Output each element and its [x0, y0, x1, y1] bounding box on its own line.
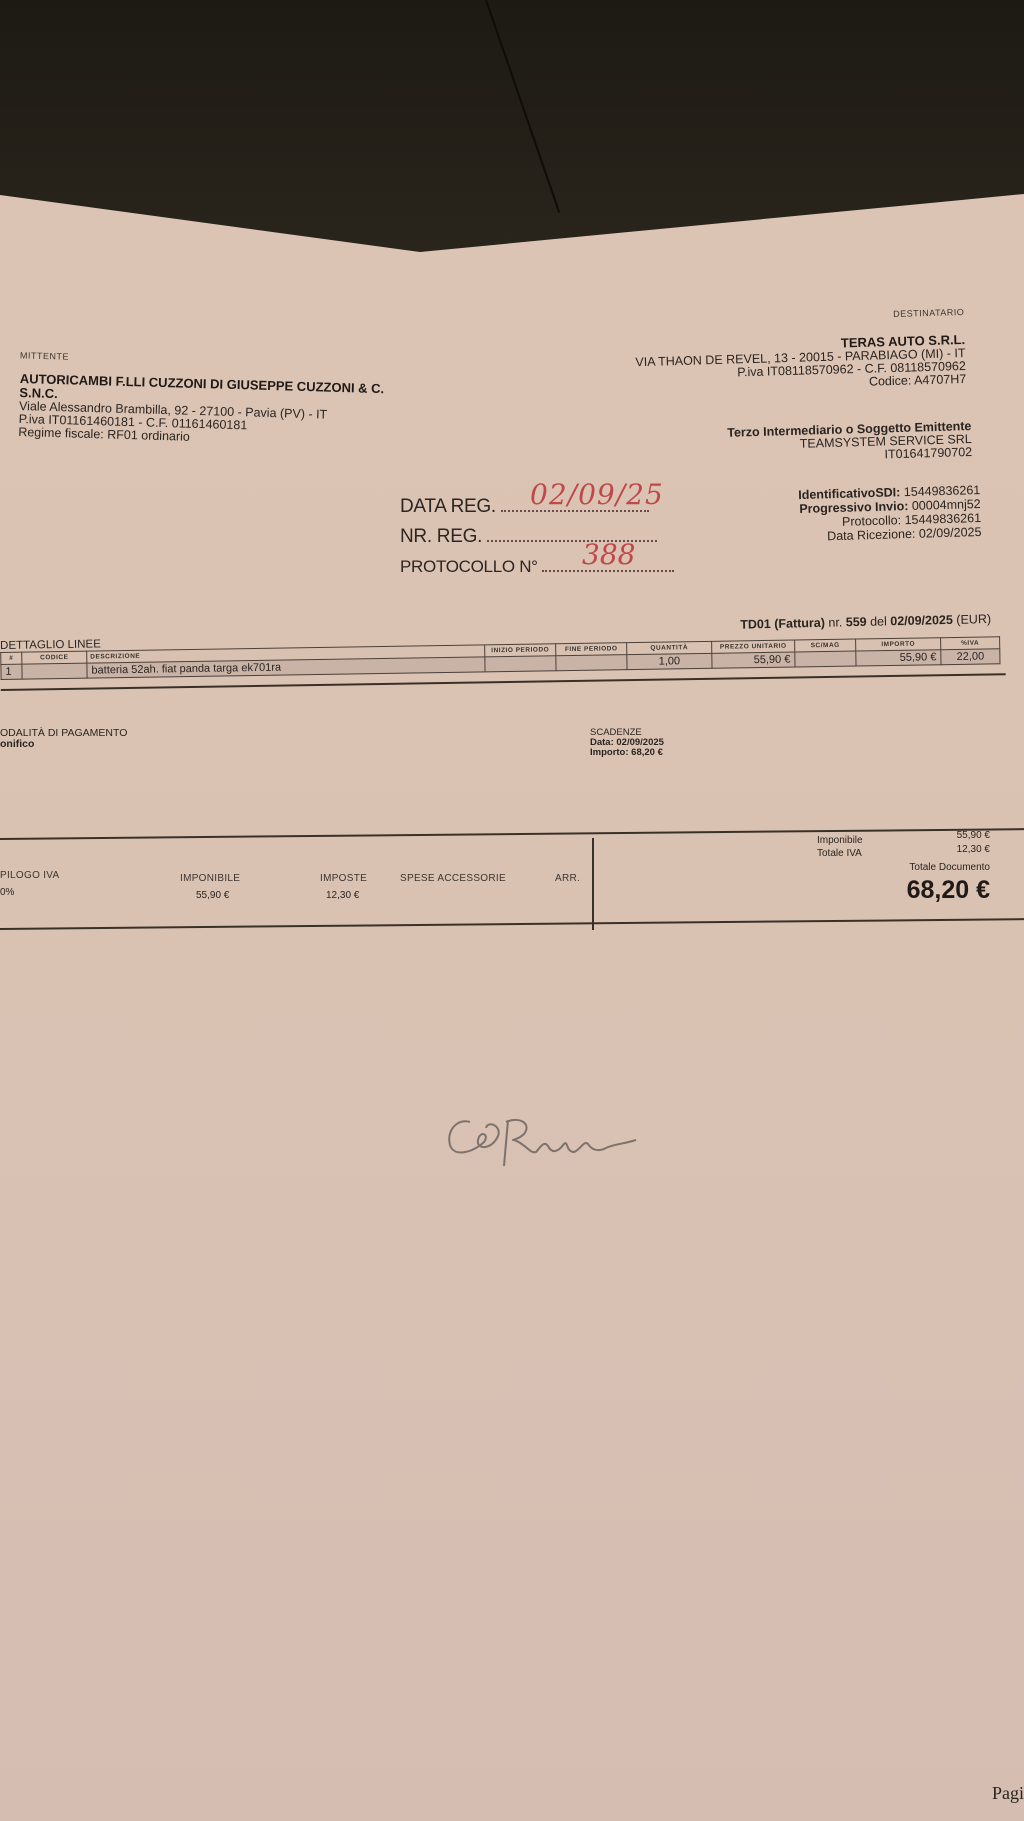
- registration-stamp: DATA REG. NR. REG. PROTOCOLLO N° 02/09/2…: [400, 492, 674, 582]
- cell-iva: 22,00: [941, 649, 1000, 665]
- cell-codice: [22, 663, 87, 679]
- handwritten-protocol-number: 388: [582, 538, 635, 571]
- riepilogo-divider: [592, 838, 594, 930]
- col-header: SC/MAG: [795, 639, 856, 652]
- totali-imponibile-value: 55,90 €: [957, 830, 990, 841]
- totali-iva-label: Totale IVA: [817, 848, 862, 859]
- modalita-pagamento: ODALITÀ DI PAGAMENTO onifico: [0, 728, 127, 750]
- pagamento-value: onifico: [0, 739, 127, 750]
- invoice-document: MITTENTE AUTORICAMBI F.LLI CUZZONI DI GI…: [0, 0, 1024, 1821]
- riepilogo-aliquota: 0%: [0, 887, 14, 898]
- cell-prezzo-unitario: 55,90 €: [712, 652, 795, 668]
- riepilogo-iva-label: PILOGO IVA: [0, 870, 60, 881]
- scadenze-importo: Importo: 68,20 €: [590, 748, 664, 758]
- handwritten-signature: [440, 1100, 680, 1170]
- riepilogo-top-border: [0, 828, 1024, 840]
- riepilogo-imponibile-value: 55,90 €: [196, 890, 229, 901]
- totali-iva-value: 12,30 €: [957, 844, 990, 855]
- dettaglio-linee-section: DETTAGLIO LINEE # CODICE DESCRIZIONE INI…: [0, 624, 1001, 691]
- col-header: FINE PERIODO: [556, 643, 627, 656]
- page-label: Pagi: [992, 1783, 1024, 1804]
- scadenze-block: SCADENZE Data: 02/09/2025 Importo: 68,20…: [590, 728, 664, 758]
- cell-n: 1: [1, 664, 22, 679]
- riepilogo-bottom-border: [0, 918, 1024, 930]
- destinatario-block: DESTINATARIO TERAS AUTO S.R.L. VIA THAON…: [634, 307, 966, 395]
- handwritten-date: 02/09/25: [530, 478, 664, 511]
- riepilogo-imponibile-label: IMPONIBILE: [180, 873, 240, 884]
- mittente-block: AUTORICAMBI F.LLI CUZZONI DI GIUSEPPE CU…: [18, 372, 384, 449]
- cell-sc-mag: [795, 651, 856, 667]
- totali-imponibile-label: Imponibile: [817, 835, 863, 846]
- cell-importo: 55,90 €: [856, 650, 941, 666]
- cell-inizio-periodo: [485, 656, 556, 672]
- terzo-intermediario-block: Terzo Intermediario o Soggetto Emittente…: [727, 420, 972, 466]
- riepilogo-imposte-label: IMPOSTE: [320, 873, 367, 884]
- destinatario-label: DESTINATARIO: [634, 307, 964, 326]
- riepilogo-arr-label: ARR.: [555, 873, 580, 884]
- riepilogo-imposte-value: 12,30 €: [326, 890, 359, 901]
- cell-quantita: 1,00: [627, 653, 712, 669]
- col-header: #: [1, 652, 22, 664]
- riepilogo-spese-label: SPESE ACCESSORIE: [400, 873, 506, 884]
- cell-fine-periodo: [556, 655, 627, 671]
- sdi-block: IdentificativoSDI: 15449836261 Progressi…: [798, 483, 982, 544]
- col-header: %IVA: [941, 637, 1000, 650]
- totale-documento-value: 68,20 €: [907, 876, 990, 905]
- totale-documento-label: Totale Documento: [909, 862, 990, 873]
- col-header: INIZIO PERIODO: [485, 644, 556, 657]
- col-header: CODICE: [22, 651, 87, 664]
- mittente-label: MITTENTE: [20, 350, 69, 361]
